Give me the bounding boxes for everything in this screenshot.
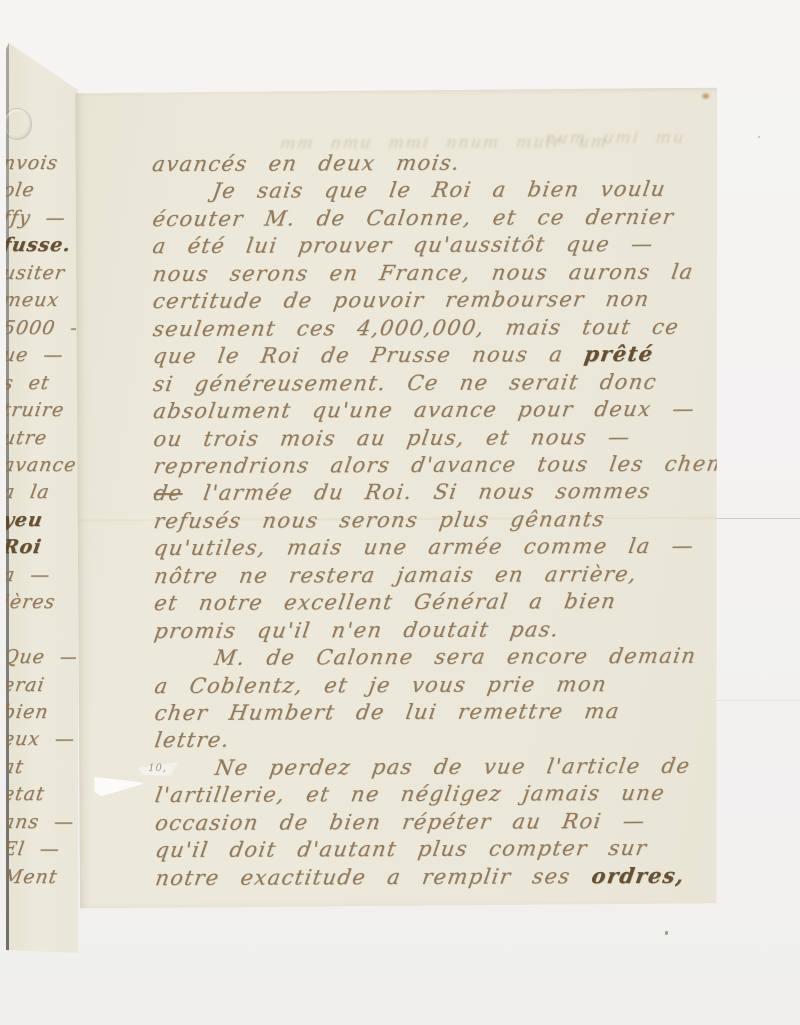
letter-line: nous serons en France, nous aurons la <box>151 259 695 285</box>
dust-speck <box>758 136 760 138</box>
sliver-fragment: at <box>6 755 26 779</box>
letter-line: absolument qu'une avance pour deux — <box>152 397 697 423</box>
letter-line: si généreusement. Ce ne serait donc <box>152 369 659 395</box>
sliver-fragment: a — <box>6 563 52 587</box>
sliver-fragment: ue — <box>6 343 65 367</box>
sliver-fragment: yeu <box>6 508 45 532</box>
letter-line: refusés nous serons plus gênants <box>152 507 607 533</box>
letter-line: nôtre ne restera jamais en arrière, <box>152 562 639 588</box>
sliver-fragment: utre <box>6 426 49 450</box>
sliver-fragment: meux <box>6 288 61 312</box>
letter-line: écouter M. de Calonne, et ce dernier <box>151 205 676 231</box>
letter-line: promis qu'il n'en doutait pas. <box>153 617 561 643</box>
letter-line: certitude de pouvoir rembourser non <box>151 287 651 313</box>
sliver-fragment: ans — <box>6 810 76 834</box>
letter-line: M. de Calonne sera encore demain <box>213 644 698 670</box>
sliver-fragment: truire <box>6 398 66 422</box>
sliver-fragment: Roi <box>6 535 43 559</box>
struck-word: de <box>152 481 184 505</box>
left-page-sliver: nvoisoleffy —fusse.usitermeux5000 —ue —s… <box>6 43 78 953</box>
sliver-fragment: nvois <box>6 151 60 175</box>
letter-line: occasion de bien répéter au Roi — <box>153 809 647 835</box>
sliver-fragment: s et <box>6 371 51 395</box>
letter-line: de l'armée du Roi. Si nous sommes <box>152 479 652 505</box>
paper-tear <box>94 766 144 796</box>
sliver-fragment: Que — <box>6 645 76 669</box>
ink-corrected-word: ordres, <box>590 862 687 887</box>
sliver-fragment: etat <box>6 782 47 806</box>
sliver-fragment: Ment <box>6 865 59 889</box>
letter-line: seulement ces 4,000,000, mais tout ce <box>151 314 681 340</box>
sliver-fragment: ières <box>6 590 57 614</box>
letter-line: lettre. <box>153 728 232 752</box>
sliver-fragment: usiter <box>6 261 67 285</box>
ink-corrected-word: prêté <box>583 341 656 366</box>
sliver-fragments: nvoisoleffy —fusse.usitermeux5000 —ue —s… <box>6 43 76 953</box>
letter-line: l'artillerie, et ne négligez jamais une <box>153 781 667 807</box>
ink-showthrough: num umi mu <box>544 128 687 148</box>
letter-line: Ne perdez pas de vue l'article de <box>213 754 692 780</box>
fold-crease-faint <box>712 700 800 701</box>
sliver-fragment: avance <box>6 453 76 477</box>
letter-line: qu'utiles, mais une armée comme la — <box>152 534 696 560</box>
letter-lines: avancés en deux mois.Je sais que le Roi … <box>75 88 717 91</box>
pencil-annotation: 10, <box>148 763 167 774</box>
letter-line: a été lui prouver qu'aussitôt que — <box>151 232 655 258</box>
sliver-fragment: ffy — <box>6 206 68 230</box>
letter-line: Je sais que le Roi a bien voulu <box>211 177 668 203</box>
letter-line: notre exactitude a remplir ses ordres, <box>154 863 687 889</box>
dust-speck <box>665 931 668 935</box>
sliver-fragment: eux — <box>6 727 76 751</box>
fox-spot <box>702 94 709 99</box>
letter-line: cher Humbert de lui remettre ma <box>153 699 622 725</box>
letter-line: et notre excellent Général a bien <box>153 589 619 615</box>
letter-line: a Coblentz, et je vous prie mon <box>153 672 609 698</box>
sliver-fragment: ole <box>6 178 37 202</box>
letter-line: avancés en deux mois. <box>151 151 462 176</box>
sliver-fragment: erai <box>6 673 47 697</box>
sliver-fragment: bien <box>6 700 51 724</box>
letter-line: qu'il doit d'autant plus compter sur <box>154 836 650 862</box>
sliver-fragment: a la <box>6 480 52 504</box>
sliver-fragment: El — <box>6 837 62 861</box>
sliver-fragment: 5000 — <box>6 316 76 340</box>
letter-page: mm nmu mmi nnum muir um num umi mu 10, a… <box>75 88 721 909</box>
letter-line: ou trois mois au plus, et nous — <box>152 424 633 450</box>
scanned-letter-photo: nvoisoleffy —fusse.usitermeux5000 —ue —s… <box>0 0 800 1025</box>
sliver-fragment: fusse. <box>6 233 73 257</box>
letter-line: que le Roi de Prusse nous a prêté <box>151 342 655 368</box>
letter-line: reprendrions alors d'avance tous les che… <box>152 451 765 478</box>
